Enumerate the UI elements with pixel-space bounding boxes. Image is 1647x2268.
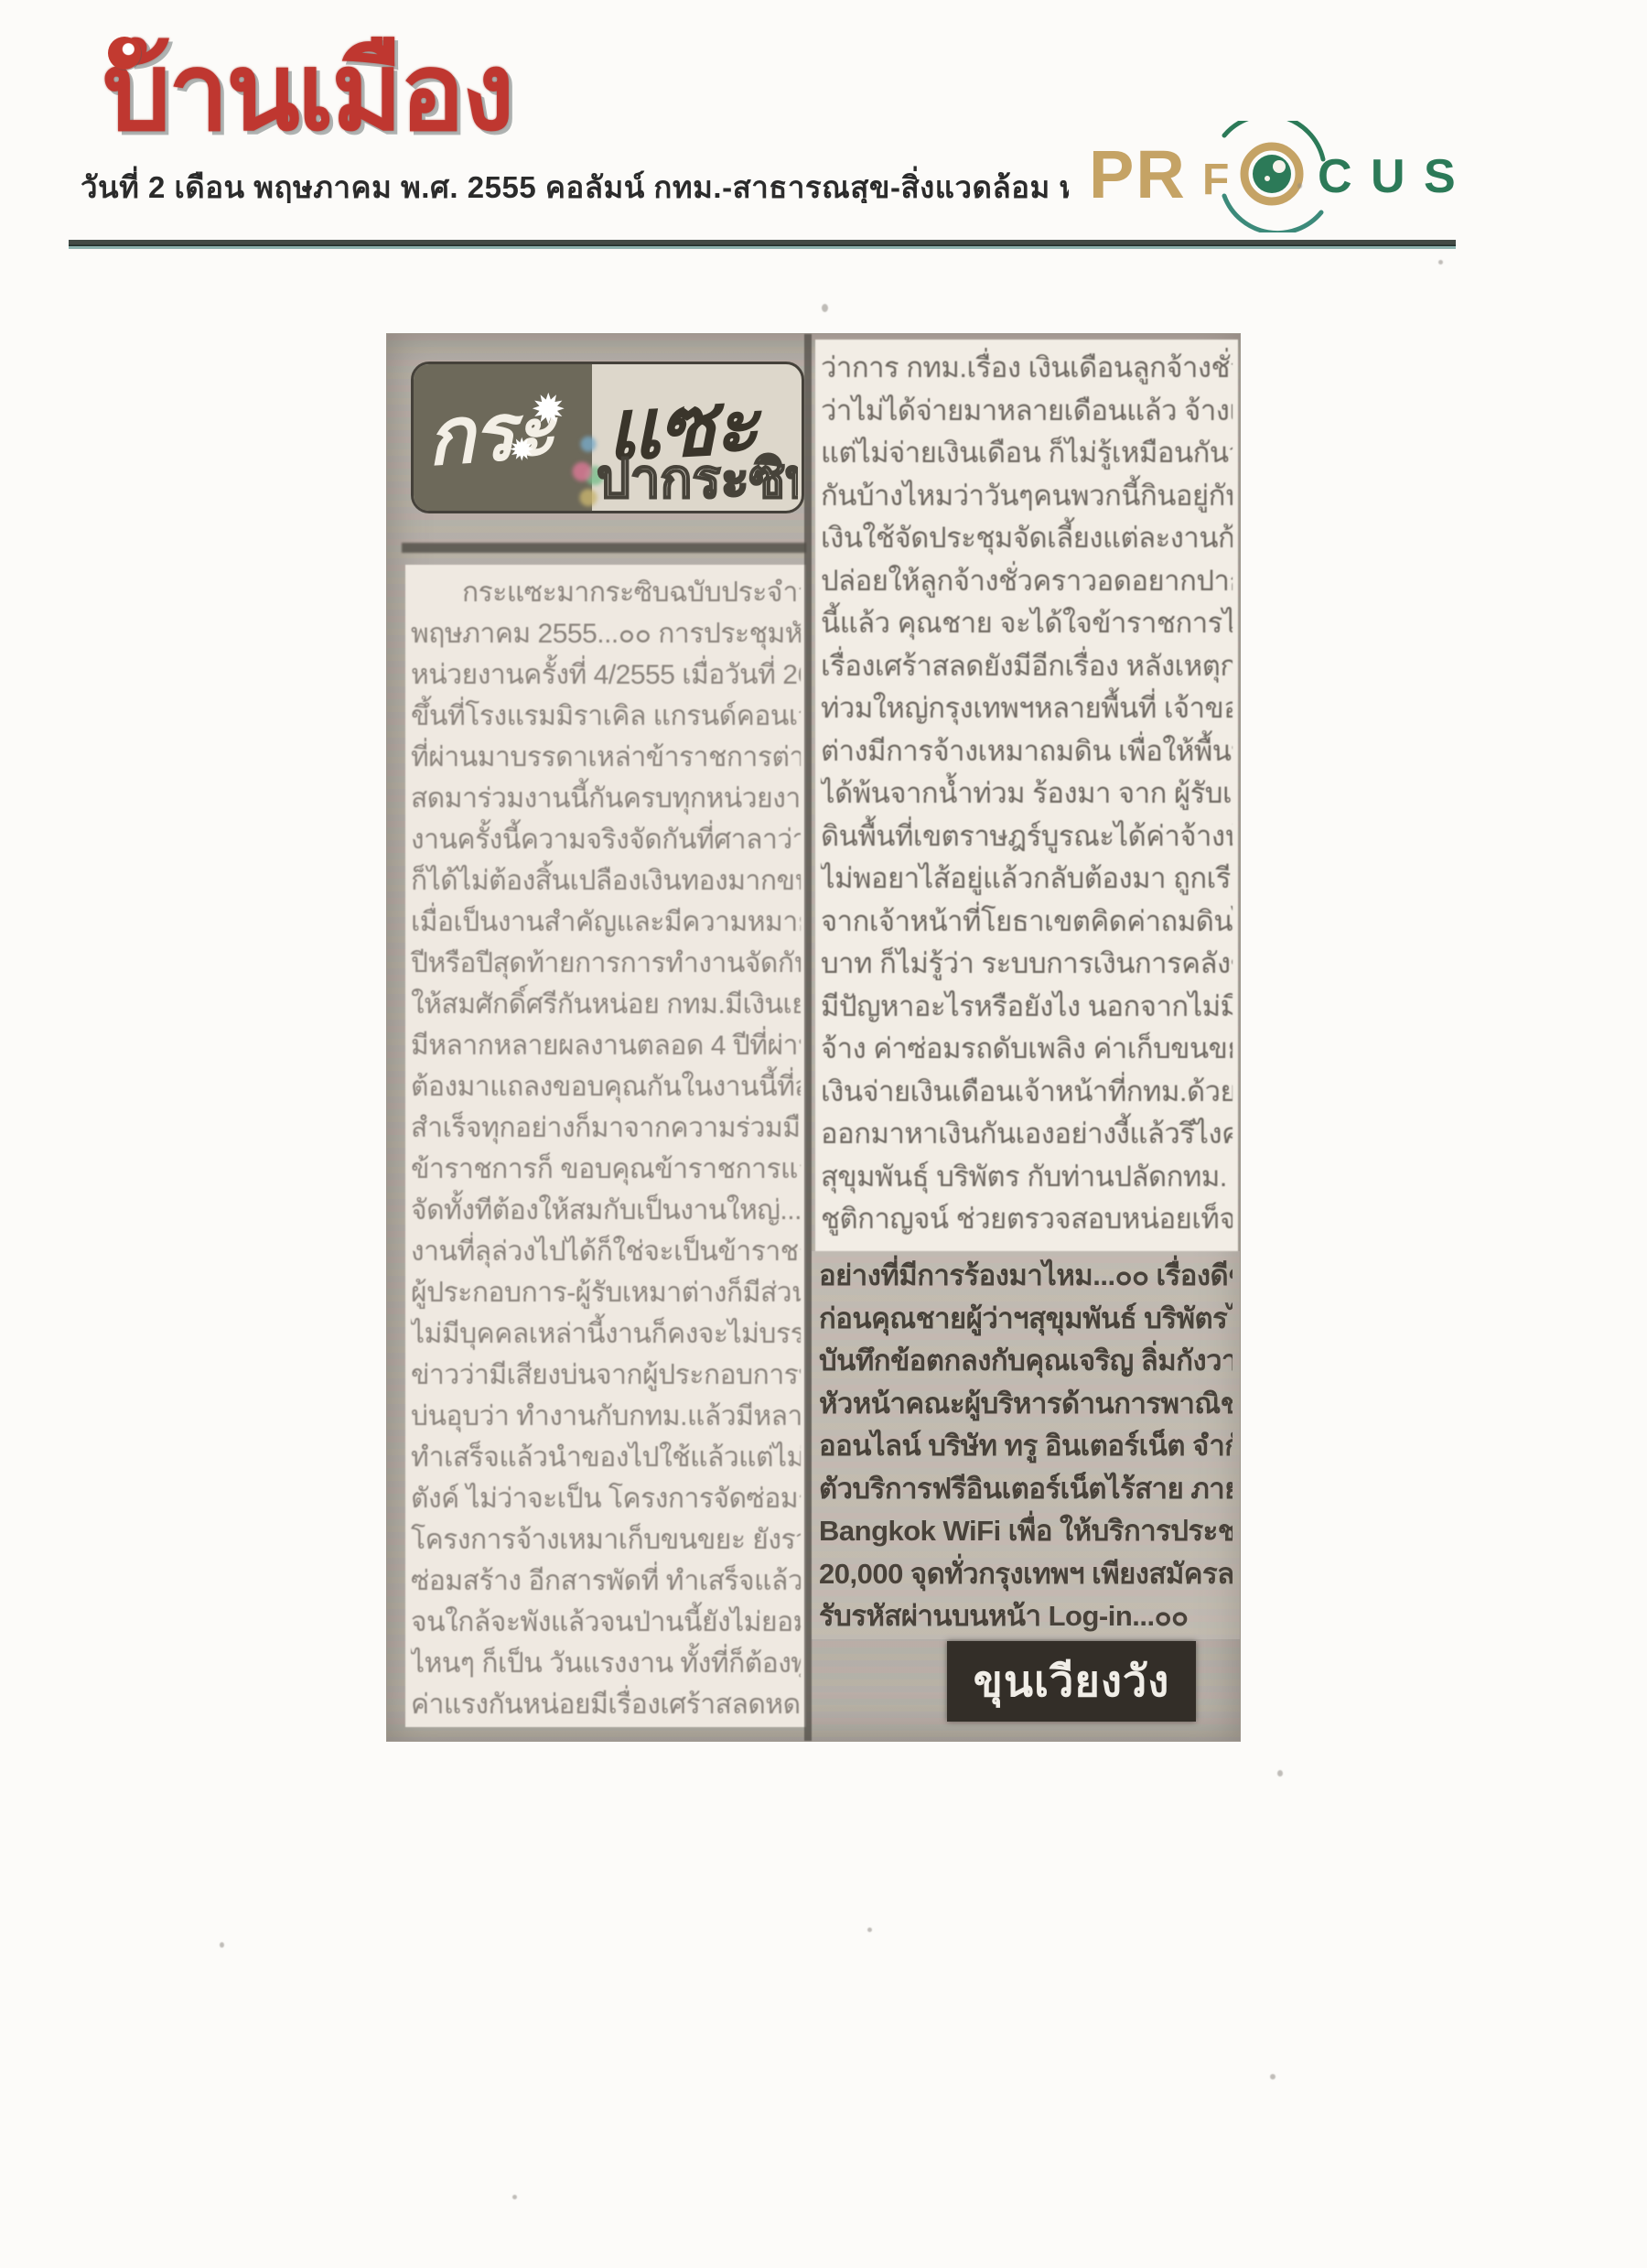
text-line: บาท ก็ไม่รู้ว่า ระบบการเงินการคลังของ กท… <box>821 943 1233 986</box>
date-line: วันที่ 2 เดือน พฤษภาคม พ.ศ. 2555 คอลัมน์… <box>81 163 1069 203</box>
prfocus-s-text: S <box>1424 150 1456 203</box>
text-line: ท่วมใหญ่กรุงเทพฯหลายพื้นที่ เจ้าของที่ดิ… <box>821 687 1233 730</box>
text-line: เมื่อเป็นงานสำคัญและมีความหมายครบรอบ 4 <box>411 902 801 943</box>
scan-speck <box>1438 260 1443 265</box>
text-line: หน่วยงานครั้งที่ 4/2555 เมื่อวันที่ 26 เ… <box>411 654 801 696</box>
text-line: 20,000 จุดทั่วกรุงเทพฯ เพียงสมัครลงทะเบี… <box>819 1553 1233 1596</box>
text-line: บ่นอุบว่า ทำงานกับกทม.แล้วมีหลายโครงการ <box>411 1396 801 1437</box>
scanned-newspaper-page: บ้านเมือง วันที่ 2 เดือน พฤษภาคม พ.ศ. 25… <box>0 0 1647 2268</box>
text-line: ดินพื้นที่เขตราษฎร์บูรณะได้ค่าจ้างน้อยแท… <box>821 815 1233 859</box>
prfocus-c-text: C <box>1318 150 1352 203</box>
text-line: ซ่อมสร้าง อีกสารพัดที่ ทำเสร็จแล้วเอาไปใ… <box>411 1561 801 1602</box>
text-line: ต่างมีการจ้างเหมาถมดิน เพื่อให้พื้นที่สู… <box>821 730 1233 773</box>
article-column-left: กระแซะมากระซิบฉบับประจำวันพุธที่ 2พฤษภาค… <box>405 565 806 1727</box>
text-line: สำเร็จทุกอย่างก็มาจากความร่วมมือร่วมแรงข… <box>411 1107 801 1149</box>
text-line: พฤษภาคม 2555...๐๐ การประชุมหัวหน้า <box>411 613 801 654</box>
text-line: ข้าราชการก็ ขอบคุณข้าราชการและสื่อมวลชน <box>411 1149 801 1190</box>
masthead-underline <box>402 543 806 553</box>
scan-speck <box>220 1942 224 1948</box>
article-column-right: ว่าการ กทม.เรื่อง เงินเดือนลูกจ้างชั่วคร… <box>815 340 1238 1251</box>
scan-speck <box>822 304 828 312</box>
logo-accent-dot-icon <box>108 37 141 70</box>
scan-speck <box>512 2195 517 2199</box>
text-line: หัวหน้าคณะผู้บริหารด้านการพาณิชย์ บริษัท… <box>819 1383 1233 1426</box>
text-line: มีหลากหลายผลงานตลอด 4 ปีที่ผ่านมาที่จะ <box>411 1025 801 1066</box>
text-line: ไหนๆ ก็เป็น วันแรงงาน ทั้งที่ก็ต้องพูดเร… <box>411 1643 801 1684</box>
text-line: ไม่มีบุคคลเหล่านี้งานก็คงจะไม่บรรลุเป้าห… <box>411 1313 801 1355</box>
text-line: สดมาร่วมงานนี้กันครบทุกหน่วยงาน การจัด <box>411 778 801 819</box>
text-line: มีปัญหาอะไรหรือยังไง นอกจากไม่มีเงินจ่าย… <box>821 986 1233 1029</box>
prfocus-f-text: F <box>1202 156 1229 204</box>
text-line: ก็ได้ไม่ต้องสิ้นเปลืองเงินทองมากขนาดนี้ … <box>411 860 801 902</box>
text-line: ออกมาหาเงินกันเองอย่างงี้แล้วรึไงคุณชายผ… <box>821 1113 1233 1156</box>
text-line: จัดทั้งทีต้องให้สมกับเป็นงานใหญ่...๐๐ ผล <box>411 1190 801 1231</box>
text-line: ต้องมาแถลงขอบคุณกันในงานนี้ที่สำคัญความ <box>411 1066 801 1107</box>
text-line: จนใกล้จะพังแล้วจนป่านนี้ยังไม่ยอมจ่าย...… <box>411 1602 801 1643</box>
logo-swoosh-top <box>1224 121 1323 159</box>
text-line: ข่าวว่ามีเสียงบ่นจากผู้ประกอบการหลายราย <box>411 1355 801 1396</box>
scan-speck <box>1297 183 1302 189</box>
text-line: Bangkok WiFi เพื่อ ให้บริการประชาชนฟรี <box>819 1510 1233 1553</box>
text-line: ขึ้นที่โรงแรมมิราเคิล แกรนด์คอนเวนชั่น ห… <box>411 696 801 737</box>
text-line: ชูติกาญจน์ ช่วยตรวจสอบหน่อยเท็จจริงเป็น <box>821 1198 1233 1241</box>
text-line: ตังค์ ไม่ว่าจะเป็น โครงการจัดซ่อมรถดับเพ… <box>411 1478 801 1519</box>
text-line: ว่าการ กทม.เรื่อง เงินเดือนลูกจ้างชั่วคร… <box>821 347 1233 390</box>
text-line: กระแซะมากระซิบฉบับประจำวันพุธที่ 2 <box>411 572 801 613</box>
text-line: ไม่พอยาไส้อยู่แล้วกลับต้องมา ถูกเรียกเก็… <box>821 858 1233 901</box>
scan-speck <box>1270 2074 1276 2079</box>
text-line: ได้พ้นจากน้ำท่วม ร้องมา จาก ผู้รับเหมาถม <box>821 772 1233 815</box>
text-line: ทำเสร็จแล้วนำของไปใช้แล้วแต่ไม่ยอมจ่าย <box>411 1437 801 1478</box>
article-column-right-highlight: อย่างที่มีการร้องมาไหม...๐๐ เรื่องดีๆ ก็… <box>812 1251 1240 1639</box>
text-line: ที่ผ่านมาบรรดาเหล่าข้าราชการต่างใส่เสื้อ… <box>411 737 801 778</box>
text-line: ค่าแรงกันหน่อยมีเรื่องเศร้าสลดหดหู่ในศาล… <box>411 1684 801 1725</box>
text-line: สุขุมพันธุ์ บริพัตร กับท่านปลัดกทม. เจริ… <box>821 1156 1233 1199</box>
text-line: ออนไลน์ บริษัท ทรู อินเตอร์เน็ต จำกัด เป… <box>819 1425 1233 1468</box>
text-line: เงินใช้จัดประชุมจัดเลี้ยงแต่ละงานก้อนโตๆ… <box>821 517 1233 560</box>
scan-speck <box>867 1928 872 1932</box>
text-line: ปีหรือปีสุดท้ายการการทำงานจัดกันทั้งทีก็… <box>411 943 801 984</box>
article-clipping: กระ ✹ ✹ แซะ ปากระซิบ กระแซะมากระซิบฉบับป… <box>387 334 1240 1741</box>
header-divider <box>69 240 1456 249</box>
masthead-word-3: ปากระซิบ <box>597 436 798 507</box>
eye-highlight-icon <box>1273 160 1286 173</box>
prfocus-logo: PR F C U S <box>1087 121 1480 232</box>
text-line: จ้าง ค่าซ่อมรถดับเพลิง ค่าเก็บขนขยะแล้ว … <box>821 1028 1233 1071</box>
scan-speck <box>1277 1770 1283 1777</box>
text-line: เงินจ่ายเงินเดือนเจ้าหน้าที่กทม.ด้วยรึไง… <box>821 1071 1233 1114</box>
text-line: ให้สมศักดิ์ศรีกันหน่อย กทม.มีเงินเยอะและ… <box>411 984 801 1025</box>
text-line: บันทึกข้อตกลงกับคุณเจริญ ลิ่มกังวานมงคล <box>819 1340 1233 1383</box>
prfocus-u-text: U <box>1371 150 1405 203</box>
text-line: ปล่อยให้ลูกจ้างชั่วคราวอดอยากปากแห้งแบบ <box>821 560 1233 603</box>
text-line: เรื่องเศร้าสลดยังมีอีกเรื่อง หลังเหตุการ… <box>821 645 1233 688</box>
newspaper-logo: บ้านเมือง <box>102 24 688 161</box>
text-line: ว่าไม่ได้จ่ายมาหลายเดือนแล้ว จ้างเขามาทำ… <box>821 390 1233 433</box>
text-line: โครงการจ้างเหมาเก็บขนขยะ ยังรวมถึง งาน <box>411 1519 801 1561</box>
text-line: แต่ไม่จ่ายเงินเดือน ก็ไม่รู้เหมือนกันว่า… <box>821 432 1233 475</box>
eye-pupil-icon <box>1253 155 1291 193</box>
text-line: รับรหัสผ่านบนหน้า Log-in...๐๐ <box>819 1595 1233 1638</box>
text-line: ก่อนคุณชายผู้ว่าฯสุขุมพันธ์ บริพัตรได้ลง… <box>819 1298 1233 1341</box>
eye-dot-icon <box>1265 176 1270 181</box>
text-line: จากเจ้าหน้าที่โยธาเขตคิดค่าถมดินไร่ละ 10… <box>821 901 1233 944</box>
text-line: กันบ้างไหมว่าวันๆคนพวกนี้กินอยู่กันยังไง… <box>821 475 1233 518</box>
text-line: ตัวบริการฟรีอินเตอร์เน็ตไร้สาย ภายใต้โคร… <box>819 1468 1233 1511</box>
text-line: งานที่ลุล่วงไปได้ก็ใช่จะเป็นข้าราชการฝ่า… <box>411 1231 801 1272</box>
column-masthead: กระ ✹ ✹ แซะ ปากระซิบ <box>411 362 804 513</box>
text-line: อย่างที่มีการร้องมาไหม...๐๐ เรื่องดีๆ ก็… <box>819 1255 1233 1298</box>
text-line: งานครั้งนี้ความจริงจัดกันที่ศาลาว่าการ ก… <box>411 819 801 860</box>
prfocus-pr-text: PR <box>1089 136 1187 212</box>
column-divider <box>804 334 812 1741</box>
columnist-signature: ขุนเวียงวัง <box>947 1641 1196 1722</box>
text-line: นี้แล้ว คุณชาย จะได้ใจข้าราชการได้ไง...๐… <box>821 602 1233 645</box>
starburst-icon: ✹ <box>509 432 535 469</box>
starburst-icon: ✹ <box>531 384 566 434</box>
text-line: ผู้ประกอบการ-ผู้รับเหมาต่างก็มีส่วน เพรา… <box>411 1272 801 1313</box>
